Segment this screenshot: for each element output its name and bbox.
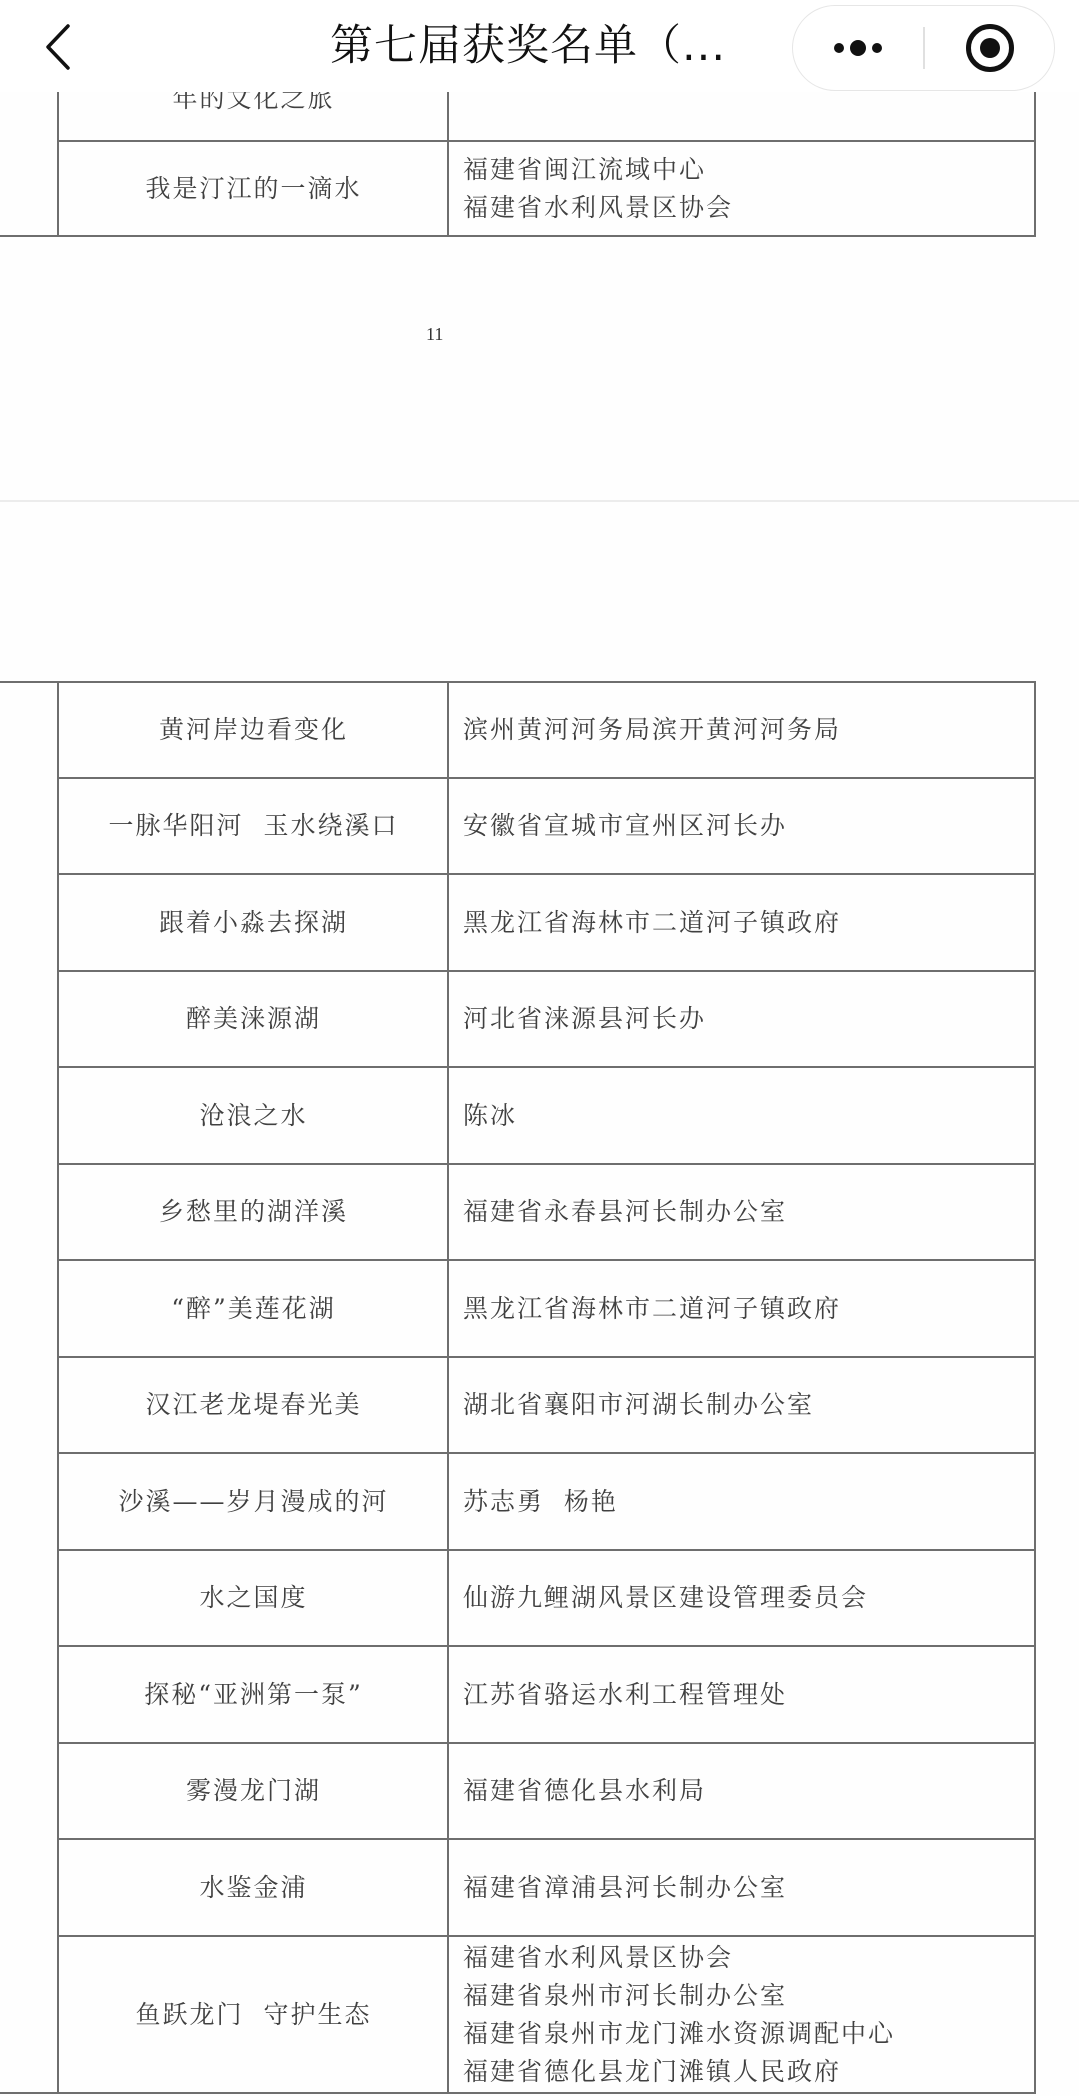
org-name: 安徽省宣城市宣州区河长办 — [463, 807, 787, 845]
navigation-bar: 第七届获奖名单（... — [0, 0, 1079, 92]
more-button[interactable] — [793, 6, 923, 89]
org-name: 福建省德化县龙门滩镇人民政府 — [463, 2053, 895, 2091]
org-name: 福建省泉州市河长制办公室 — [463, 1977, 895, 2015]
org-name: 福建省水利风景区协会 — [463, 189, 733, 227]
org-name: 江苏省骆运水利工程管理处 — [463, 1676, 787, 1714]
table-row-title: 黄河岸边看变化 — [59, 683, 448, 777]
org-name: 福建省永春县河长制办公室 — [463, 1193, 787, 1231]
table-right-border — [1034, 92, 1036, 237]
entry-title: 跟着小淼去探湖 — [159, 904, 348, 942]
table-row-title: 探秘“亚洲第一泵” — [59, 1647, 448, 1742]
mini-program-capsule — [792, 5, 1055, 91]
page-title: 第七届获奖名单（... — [330, 18, 760, 74]
entry-title: 水鉴金浦 — [199, 1869, 307, 1907]
org-name: 河北省涞源县河长办 — [463, 1000, 706, 1038]
entry-title: 沙溪——岁月漫成的河 — [118, 1483, 388, 1521]
table-row-title: 一脉华阳河 玉水绕溪口 — [59, 779, 448, 873]
target-circle-icon — [966, 24, 1014, 72]
table-row-org: 福建省漳浦县河长制办公室 — [463, 1840, 1028, 1935]
org-name: 滨州黄河河务局滨开黄河河务局 — [463, 711, 841, 749]
entry-title: 雾漫龙门湖 — [186, 1772, 321, 1810]
table-row-org: 湖北省襄阳市河湖长制办公室 — [463, 1358, 1028, 1452]
org-name: 福建省泉州市龙门滩水资源调配中心 — [463, 2015, 895, 2053]
table-right-border — [1034, 682, 1036, 2094]
org-name: 福建省德化县水利局 — [463, 1772, 706, 1810]
table-row-title: 鱼跃龙门 守护生态 — [59, 1937, 448, 2092]
table-row-title: 雾漫龙门湖 — [59, 1744, 448, 1838]
org-name: 福建省水利风景区协会 — [463, 1939, 895, 1977]
table-row-title: 水鉴金浦 — [59, 1840, 448, 1935]
org-name: 陈冰 — [463, 1097, 517, 1135]
table-row-org: 苏志勇 杨艳 — [463, 1454, 1028, 1549]
entry-title: 黄河岸边看变化 — [159, 711, 348, 749]
close-button[interactable] — [925, 6, 1055, 89]
entry-title: 汉江老龙堤春光美 — [145, 1386, 361, 1424]
table-row-title: 跟着小淼去探湖 — [59, 875, 448, 970]
org-name: 福建省漳浦县河长制办公室 — [463, 1869, 787, 1907]
chevron-left-icon — [36, 22, 80, 72]
table-row-org: 安徽省宣城市宣州区河长办 — [463, 779, 1028, 873]
table-row-title: 醉美涞源湖 — [59, 972, 448, 1066]
more-dots-icon — [831, 40, 885, 56]
entry-title: “醉”美莲花湖 — [171, 1290, 336, 1328]
org-name: 福建省闽江流域中心 — [463, 151, 733, 189]
page-number: 11 — [426, 324, 443, 345]
org-name: 苏志勇 杨艳 — [463, 1483, 618, 1521]
page-separator — [0, 500, 1079, 502]
table-row-title: 乡愁里的湖洋溪 — [59, 1165, 448, 1259]
org-name: 黑龙江省海林市二道河子镇政府 — [463, 904, 841, 942]
table-row-org: 福建省永春县河长制办公室 — [463, 1165, 1028, 1259]
org-name: 仙游九鲤湖风景区建设管理委员会 — [463, 1579, 868, 1617]
table-row-title: 汉江老龙堤春光美 — [59, 1358, 448, 1452]
table-row-org: 福建省德化县水利局 — [463, 1744, 1028, 1838]
entry-title: 沧浪之水 — [199, 1097, 307, 1135]
table-row-title: “醉”美莲花湖 — [59, 1261, 448, 1356]
table-row-org: 滨州黄河河务局滨开黄河河务局 — [463, 683, 1028, 777]
title-cell: 我是汀江的一滴水 — [59, 142, 448, 235]
entry-title: 水之国度 — [199, 1579, 307, 1617]
entry-title: 醉美涞源湖 — [186, 1000, 321, 1038]
entry-title: 鱼跃龙门 守护生态 — [136, 1996, 372, 2034]
table-row-title: 沙溪——岁月漫成的河 — [59, 1454, 448, 1549]
table-row-title: 沧浪之水 — [59, 1068, 448, 1163]
entry-title: 探秘“亚洲第一泵” — [144, 1676, 363, 1714]
entry-title: 一脉华阳河 玉水绕溪口 — [109, 807, 399, 845]
entry-title: 乡愁里的湖洋溪 — [159, 1193, 348, 1231]
table-row-org: 福建省水利风景区协会 福建省泉州市河长制办公室 福建省泉州市龙门滩水资源调配中心… — [463, 1937, 1028, 2092]
org-name: 黑龙江省海林市二道河子镇政府 — [463, 1290, 841, 1328]
table-row-org: 黑龙江省海林市二道河子镇政府 — [463, 875, 1028, 970]
table-bottom-border — [0, 2092, 1036, 2094]
org-name: 湖北省襄阳市河湖长制办公室 — [463, 1386, 814, 1424]
table-row-org: 江苏省骆运水利工程管理处 — [463, 1647, 1028, 1742]
table-row-org: 黑龙江省海林市二道河子镇政府 — [463, 1261, 1028, 1356]
document-viewer[interactable]: 年的文化之旅 我是汀江的一滴水 福建省闽江流域中心 福建省水利风景区协会 11 — [0, 0, 1079, 2096]
entry-title: 我是汀江的一滴水 — [145, 170, 361, 208]
table-row-org: 陈冰 — [463, 1068, 1028, 1163]
org-cell: 福建省闽江流域中心 福建省水利风景区协会 — [463, 142, 1028, 235]
back-button[interactable] — [36, 22, 80, 72]
table-row-org: 仙游九鲤湖风景区建设管理委员会 — [463, 1551, 1028, 1645]
table-row-org: 河北省涞源县河长办 — [463, 972, 1028, 1066]
table-row-title: 水之国度 — [59, 1551, 448, 1645]
table-bottom-border — [0, 235, 1036, 237]
